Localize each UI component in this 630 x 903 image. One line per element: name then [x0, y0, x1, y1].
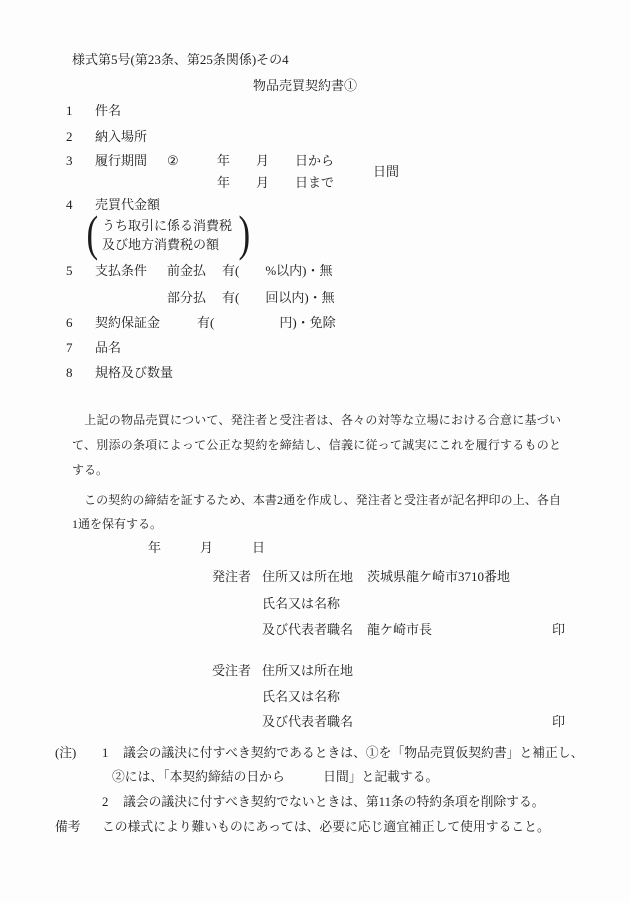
paragraph-1-line-3: する。: [72, 462, 561, 479]
item-3-row: 3履行期間: [66, 152, 147, 169]
paragraph-2-line-1: この契約の締結を証するため、本書2通を作成し、発注者と受注者が記名押印の上、各自: [72, 492, 561, 509]
item-1-label: 件名: [95, 103, 121, 118]
item-2-number: 2: [66, 128, 95, 145]
paragraph-1-line-1: 上記の物品売買について、発注者と受注者は、各々の対等な立場における合意に基づい: [72, 412, 561, 429]
paragraph-2-line-2: 1通を保有する。: [72, 516, 561, 533]
item-7-label: 品名: [95, 340, 121, 355]
orderer-name-label: 氏名又は名称: [262, 595, 340, 612]
item-8-row: 8規格及び数量: [66, 364, 173, 381]
orderer-representative-label: 及び代表者職名: [262, 621, 353, 638]
item-4-row: 4売買代金額: [66, 196, 160, 213]
contractor-seal-mark: 印: [552, 713, 565, 730]
item-4-right-bracket: ): [238, 207, 250, 259]
item-1-row: 1件名: [66, 102, 121, 119]
note-1-line-2: ②には、「本契約締結の日から 日間」と記載する。: [112, 769, 438, 786]
document-title: 物品売買契約書①: [253, 77, 357, 94]
item-8-label: 規格及び数量: [95, 365, 173, 380]
note-2-text: 議会の議決に付すべき契約でないときは、第11条の特約条項を削除する。: [123, 794, 545, 811]
item-3-label: 履行期間: [95, 153, 147, 168]
item-6-row: 6契約保証金: [66, 314, 160, 331]
orderer-address-label: 住所又は所在地: [262, 568, 353, 585]
item-5-row: 5支払条件: [66, 262, 147, 279]
note-1-number: 1: [102, 745, 108, 762]
item-5-label: 支払条件: [95, 263, 147, 278]
item-7-row: 7品名: [66, 339, 121, 356]
item-1-number: 1: [66, 102, 95, 119]
orderer-representative-value: 龍ケ崎市長: [367, 621, 432, 638]
item-6-label: 契約保証金: [95, 315, 160, 330]
orderer-role: 発注者: [212, 568, 251, 585]
item-3-circled-mark: ②: [167, 152, 179, 169]
item-4-tax-note-line-2: 及び地方消費税の額: [102, 236, 219, 253]
contractor-representative-label: 及び代表者職名: [262, 713, 353, 730]
item-5-partial-label: 部分払: [167, 289, 206, 306]
orderer-seal-mark: 印: [552, 621, 565, 638]
item-7-number: 7: [66, 339, 95, 356]
remarks-label: 備考: [55, 819, 81, 836]
item-2-row: 2納入場所: [66, 128, 147, 145]
item-6-value: 有( 円)・免除: [197, 314, 336, 331]
item-4-left-bracket: (: [86, 207, 98, 259]
orderer-address-value: 茨城県龍ケ崎市3710番地: [367, 568, 510, 585]
form-number: 様式第5号(第23条、第25条関係)その4: [72, 51, 289, 68]
contract-form-page: 様式第5号(第23条、第25条関係)その4 物品売買契約書① 1件名 2納入場所…: [0, 0, 630, 903]
note-1-line-1: 議会の議決に付すべき契約であるときは、①を「物品売買仮契約書」と補正し、: [123, 745, 583, 762]
item-4-label: 売買代金額: [95, 197, 160, 212]
paragraph-1-line-2: て、別添の条項によって公正な契約を締結し、信義に従って誠実にこれを履行するものと: [72, 437, 561, 454]
contractor-role: 受注者: [212, 662, 251, 679]
item-8-number: 8: [66, 364, 95, 381]
contractor-name-label: 氏名又は名称: [262, 688, 340, 705]
note-2-number: 2: [102, 794, 108, 811]
item-5-partial-value: 有( 回以内)・無: [222, 289, 335, 306]
contractor-address-label: 住所又は所在地: [262, 662, 353, 679]
signature-date-blank: 年 月 日: [148, 539, 265, 556]
item-3-number: 3: [66, 152, 95, 169]
notes-mark: (注): [55, 745, 76, 762]
item-2-label: 納入場所: [95, 129, 147, 144]
item-5-advance-label: 前金払: [167, 262, 206, 279]
item-3-duration-blank: 日間: [373, 163, 399, 180]
item-3-date-from-blank: 年 月 日から: [217, 152, 334, 169]
item-5-number: 5: [66, 262, 95, 279]
item-4-tax-note-line-1: うち取引に係る消費税: [102, 217, 232, 234]
item-3-date-to-blank: 年 月 日まで: [217, 174, 334, 191]
remarks-text: この様式により難いものにあっては、必要に応じ適宜補正して使用すること。: [102, 819, 550, 836]
item-6-number: 6: [66, 314, 95, 331]
item-5-advance-value: 有( %以内)・無: [222, 262, 333, 279]
